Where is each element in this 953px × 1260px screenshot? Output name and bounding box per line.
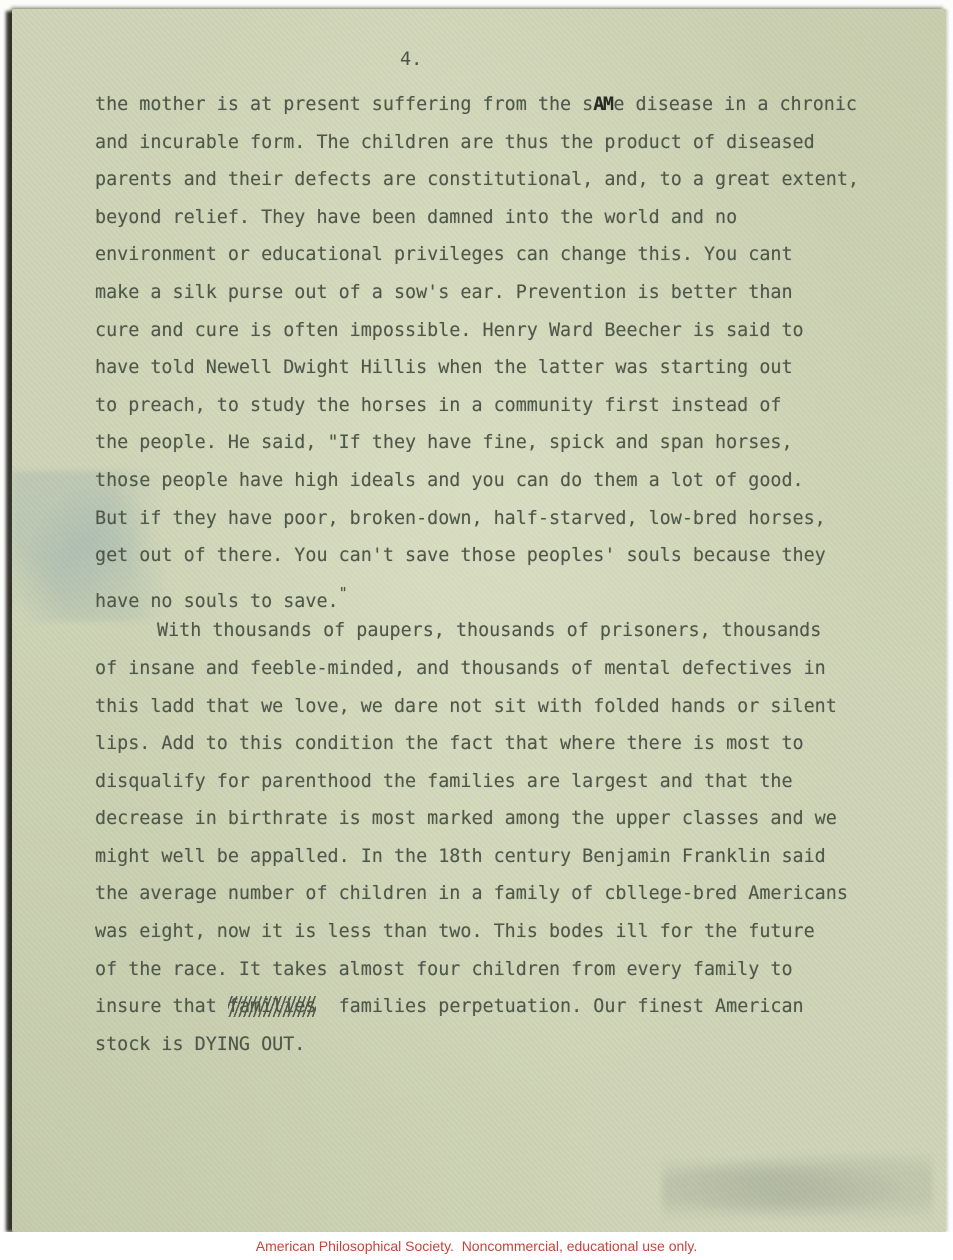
typed-line: disqualify for parenthood the families a… xyxy=(95,763,890,801)
typed-line: have told Newell Dwight Hillis when the … xyxy=(95,349,890,387)
typed-text-block: the mother is at present suffering from … xyxy=(95,86,890,1063)
typed-line: the people. He said, "If they have fine,… xyxy=(95,424,890,462)
typed-line: beyond relief. They have been damned int… xyxy=(95,199,890,237)
typed-line: parents and their defects are constituti… xyxy=(95,161,890,199)
raised-closing-quote: " xyxy=(339,584,348,602)
overtyped-correction: AM xyxy=(593,94,612,115)
typed-line: the mother is at present suffering from … xyxy=(95,86,890,124)
typed-line: decrease in birthrate is most marked amo… xyxy=(95,800,890,838)
archive-credit-text: American Philosophical Society. Noncomme… xyxy=(256,1238,697,1254)
typed-text: insure that xyxy=(95,996,228,1017)
typed-line: those people have high ideals and you ca… xyxy=(95,462,890,500)
slashed-out-word: families xyxy=(228,996,317,1017)
typed-line: and incurable form. The children are thu… xyxy=(95,124,890,162)
typed-line: stock is DYING OUT. xyxy=(95,1026,890,1064)
typed-line: have no souls to save." xyxy=(95,575,890,613)
typed-line: environment or educational privileges ca… xyxy=(95,236,890,274)
typed-text: families perpetuation. Our finest Americ… xyxy=(316,996,803,1017)
typed-line: of insane and feeble-minded, and thousan… xyxy=(95,650,890,688)
typed-line: insure that families families perpetuati… xyxy=(95,988,890,1026)
typed-line: was eight, now it is less than two. This… xyxy=(95,913,890,951)
archive-credit-bar: American Philosophical Society. Noncomme… xyxy=(0,1232,953,1260)
typed-line: cure and cure is often impossible. Henry… xyxy=(95,312,890,350)
typed-line: But if they have poor, broken-down, half… xyxy=(95,500,890,538)
typed-line: the average number of children in a fami… xyxy=(95,875,890,913)
typed-line: might well be appalled. In the 18th cent… xyxy=(95,838,890,876)
typed-text: have no souls to save. xyxy=(95,591,339,612)
typed-line-paragraph-start: With thousands of paupers, thousands of … xyxy=(95,612,890,650)
typed-text: the mother is at present suffering from … xyxy=(95,94,593,115)
typed-line: to preach, to study the horses in a comm… xyxy=(95,387,890,425)
typed-line: lips. Add to this condition the fact tha… xyxy=(95,725,890,763)
typed-line: make a silk purse out of a sow's ear. Pr… xyxy=(95,274,890,312)
page-number: 4. xyxy=(400,49,422,70)
typed-line: of the race. It takes almost four childr… xyxy=(95,951,890,989)
scanned-document: 4. the mother is at present suffering fr… xyxy=(0,0,953,1260)
typed-line: this ladd that we love, we dare not sit … xyxy=(95,688,890,726)
typed-text: e disease in a chronic xyxy=(613,94,857,115)
typed-line: get out of there. You can't save those p… xyxy=(95,537,890,575)
ink-bleed-through-smudge xyxy=(662,1154,932,1224)
